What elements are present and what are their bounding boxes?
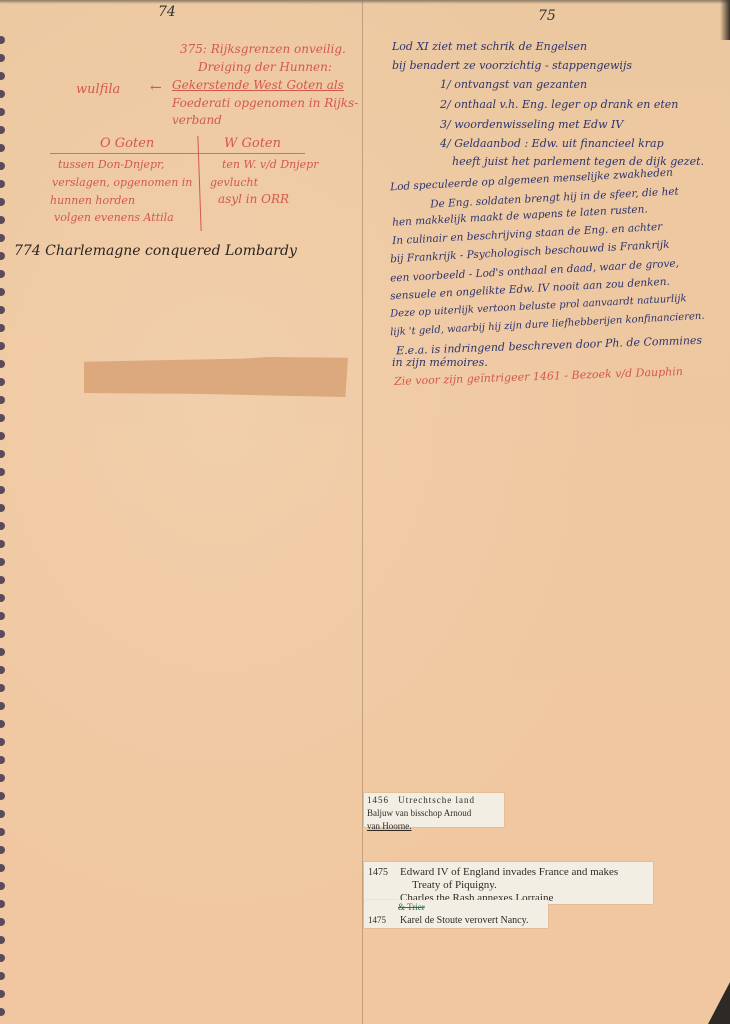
right-page-number: 75 <box>538 8 556 24</box>
red-note-line-1: 375: Rijksgrenzen onveilig. <box>180 42 346 56</box>
red-note-line-3: Gekerstende West Goten als <box>172 78 344 92</box>
ostgoten-line-2: verslagen, opgenomen in <box>52 176 192 189</box>
red-note-line-2: Dreiging der Hunnen: <box>198 60 332 74</box>
margin-name-wulfila: wulfila <box>76 82 120 97</box>
goten-table-rule <box>50 153 305 154</box>
red-note-line-4: Foederati opgenomen in Rijks- <box>172 96 358 110</box>
clipping-year: 1475 <box>368 914 396 927</box>
clipping-year: 1475 <box>368 866 396 879</box>
clipping-text: Karel de Stoute verovert Nancy. <box>400 915 528 926</box>
adhesive-tape-residue <box>84 357 348 397</box>
blue-note-line-2: bij benadert ze voorzichtig - stappengew… <box>392 59 632 72</box>
clipping-piquigny: 1475 Edward IV of England invades France… <box>364 862 653 904</box>
clipping-text: Edward IV of England invades France and … <box>400 866 618 878</box>
westgoten-header: W Goten <box>224 136 281 151</box>
blue-note-line-6: 4/ Geldaanbod : Edw. uit financieel krap <box>440 137 664 150</box>
blue-note-line-17: E.e.a. is indringend beschreven door Ph.… <box>396 334 702 358</box>
blue-note-line-3: 1/ ontvangst van gezanten <box>440 78 587 91</box>
red-note-line-5: verband <box>172 113 222 127</box>
top-edge-shadow <box>0 0 730 4</box>
arrow-left-icon: ← <box>150 80 162 96</box>
clipping-text: Utrechtsche land <box>398 795 475 805</box>
torn-corner-bottom-right <box>708 982 730 1024</box>
blue-note-line-5: 3/ woordenwisseling met Edw IV <box>440 118 623 131</box>
spiral-binding <box>0 36 10 1016</box>
westgoten-line-2: gevlucht <box>210 176 258 189</box>
clipping-nancy: & Trier 1475 Karel de Stoute verovert Na… <box>364 900 548 928</box>
clipping-text: Treaty of Piquigny. <box>368 879 649 892</box>
westgoten-line-1: ten W. v/d Dnjepr <box>222 158 318 171</box>
blue-note-line-4: 2/ onthaal v.h. Eng. leger op drank en e… <box>440 98 678 111</box>
notebook-page-spread: 74 wulfila ← 375: Rijksgrenzen onveilig.… <box>0 0 730 1024</box>
ostgoten-header: O Goten <box>100 136 154 151</box>
ostgoten-line-4: volgen evenens Attila <box>54 211 174 224</box>
page-fold-line <box>362 0 363 1024</box>
clipping-year: 1456 <box>367 795 389 805</box>
westgoten-line-3: asyl in ORR <box>218 192 289 206</box>
struck-text: & Trier <box>398 902 425 912</box>
torn-corner-top-right <box>720 0 730 40</box>
ostgoten-line-1: tussen Don-Dnjepr, <box>58 158 165 171</box>
clipping-utrecht: 1456 Utrechtsche land Baljuw van bisscho… <box>364 793 504 827</box>
goten-table-divider <box>197 136 201 231</box>
ostgoten-line-3: hunnen horden <box>50 194 135 207</box>
left-page-number: 74 <box>158 4 176 20</box>
blue-note-line-1: Lod XI ziet met schrik de Engelsen <box>392 40 587 53</box>
clipping-text: Baljuw van bisschop Arnoud <box>367 807 501 820</box>
blue-note-line-18: in zijn mémoires. <box>392 356 488 369</box>
clipping-text: van Hoorne. <box>367 820 501 833</box>
charlemagne-note: 774 Charlemagne conquered Lombardy <box>14 243 297 259</box>
